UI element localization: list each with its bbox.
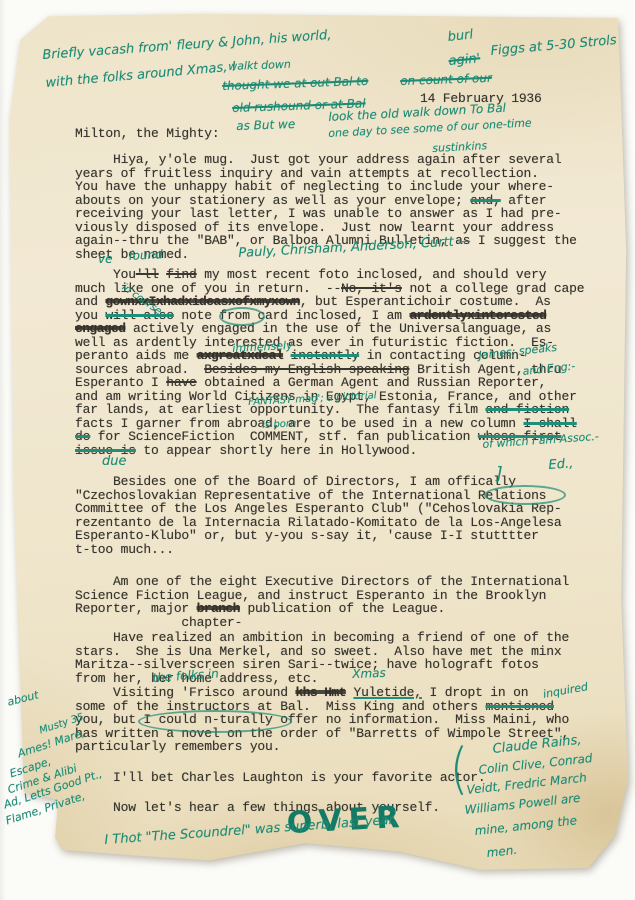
handwritten-note: immensely — [232, 339, 293, 355]
handwritten-note: James; speaks — [478, 341, 558, 362]
handwritten-note: about — [6, 688, 40, 708]
handwritten-note: agin' — [448, 51, 481, 69]
handwritten-note: I Thot "The Scoundrel" was superb, last … — [104, 813, 397, 848]
handwritten-note: Xmas — [352, 666, 386, 681]
handwritten-note: men. — [486, 843, 518, 860]
handwritten-note: as But we — [236, 117, 295, 133]
handwritten-note: is born — [262, 418, 297, 431]
handwritten-note: Pauly, Chrisham, Anderson, Curtt — — [238, 234, 471, 261]
handwriting-layer: Briefly vacash from' fleury & John, his … — [0, 0, 635, 900]
handwritten-note: and Eng:- — [522, 359, 576, 377]
handwritten-note: sustinkins — [432, 139, 488, 155]
handwritten-note: the folks in — [152, 666, 219, 685]
handwritten-note: Figgs at 5-30 Strols — [490, 33, 617, 59]
handwritten-note: on count of our — [400, 71, 492, 88]
handwritten-note: FANTASY mag'; a pictorial — [248, 390, 377, 408]
letter-scan: 14 February 1936Milton, the Mighty: Hiya… — [0, 0, 635, 900]
handwritten-note: with the folks around Xmas, ! — [45, 59, 237, 91]
handwritten-note: due — [102, 454, 127, 469]
handwritten-note: mine, among the — [474, 813, 578, 838]
handwritten-note: walkt down — [228, 58, 291, 73]
handwritten-note: burl — [447, 27, 474, 45]
handwritten-note: found — [128, 247, 163, 263]
handwritten-note: ( — [450, 736, 468, 801]
handwritten-note: ] — [496, 464, 503, 484]
handwritten-note: of which I am Assoc.- — [482, 430, 599, 451]
handwritten-note: Ed., — [548, 456, 574, 473]
handwritten-note: inquired — [542, 680, 589, 701]
handwritten-note: thought we at out Bal to — [222, 74, 369, 93]
handwritten-note: in course — [120, 282, 164, 317]
handwritten-note: ve — [98, 252, 112, 266]
